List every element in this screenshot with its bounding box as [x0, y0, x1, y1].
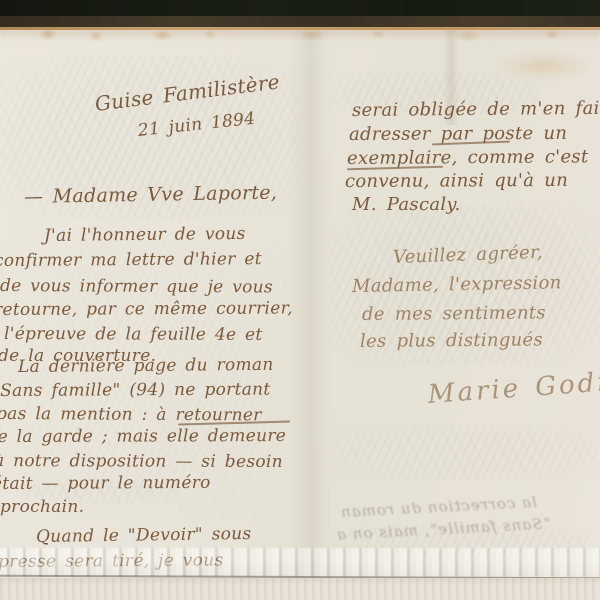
show-through-texture: [330, 425, 600, 480]
closing-line: de mes sentiments: [362, 302, 546, 325]
letter-date: 21 juin 1894: [137, 109, 256, 141]
letter-line: M. Pascaly.: [352, 194, 461, 215]
closing-line: Madame, l'expression: [352, 272, 562, 297]
letter-line: "Sans famille" (94) ne portant: [0, 380, 271, 401]
book-cover-edge: [0, 0, 600, 16]
letter-line: J'ai l'honneur de vous: [44, 224, 246, 246]
letter-salutation: — Madame Vve Laporte,: [24, 182, 278, 208]
paper-stain: [495, 52, 590, 80]
letter-line: retourne, par ce même courrier,: [0, 298, 293, 320]
letter-line: je la garde ; mais elle demeure: [0, 426, 286, 447]
foxing-stains: [0, 30, 600, 50]
letter-line: convenu, ainsi qu'à un: [345, 170, 568, 192]
letter-line: l'épreuve de la feuille 4e et: [4, 324, 263, 345]
letter-line: à notre disposition — si besoin: [0, 451, 283, 472]
letter-line: exemplaire, comme c'est: [347, 146, 589, 169]
signature: Marie Godin: [427, 366, 600, 410]
letter-deckle-edge: [0, 548, 600, 577]
album-page-below: [0, 578, 600, 600]
book-binding-edge: [0, 16, 600, 27]
letter-line: serai obligée de m'en faire: [352, 98, 600, 121]
closing-line: Veuillez agréer,: [393, 242, 544, 268]
letter-line: confirmer ma lettre d'hier et: [0, 249, 262, 271]
letter-line: La dernière page du roman: [18, 355, 274, 377]
letter-line: Quand le "Devoir" sous: [36, 524, 252, 547]
letter-line: de vous informer que je vous: [0, 276, 273, 297]
closing-line: les plus distingués: [360, 329, 543, 352]
letter-line: était — pour le numéro: [0, 473, 211, 494]
letter-line: prochain.: [0, 497, 84, 517]
letter-photograph: la correction du roman "Sans famille", m…: [0, 0, 600, 600]
